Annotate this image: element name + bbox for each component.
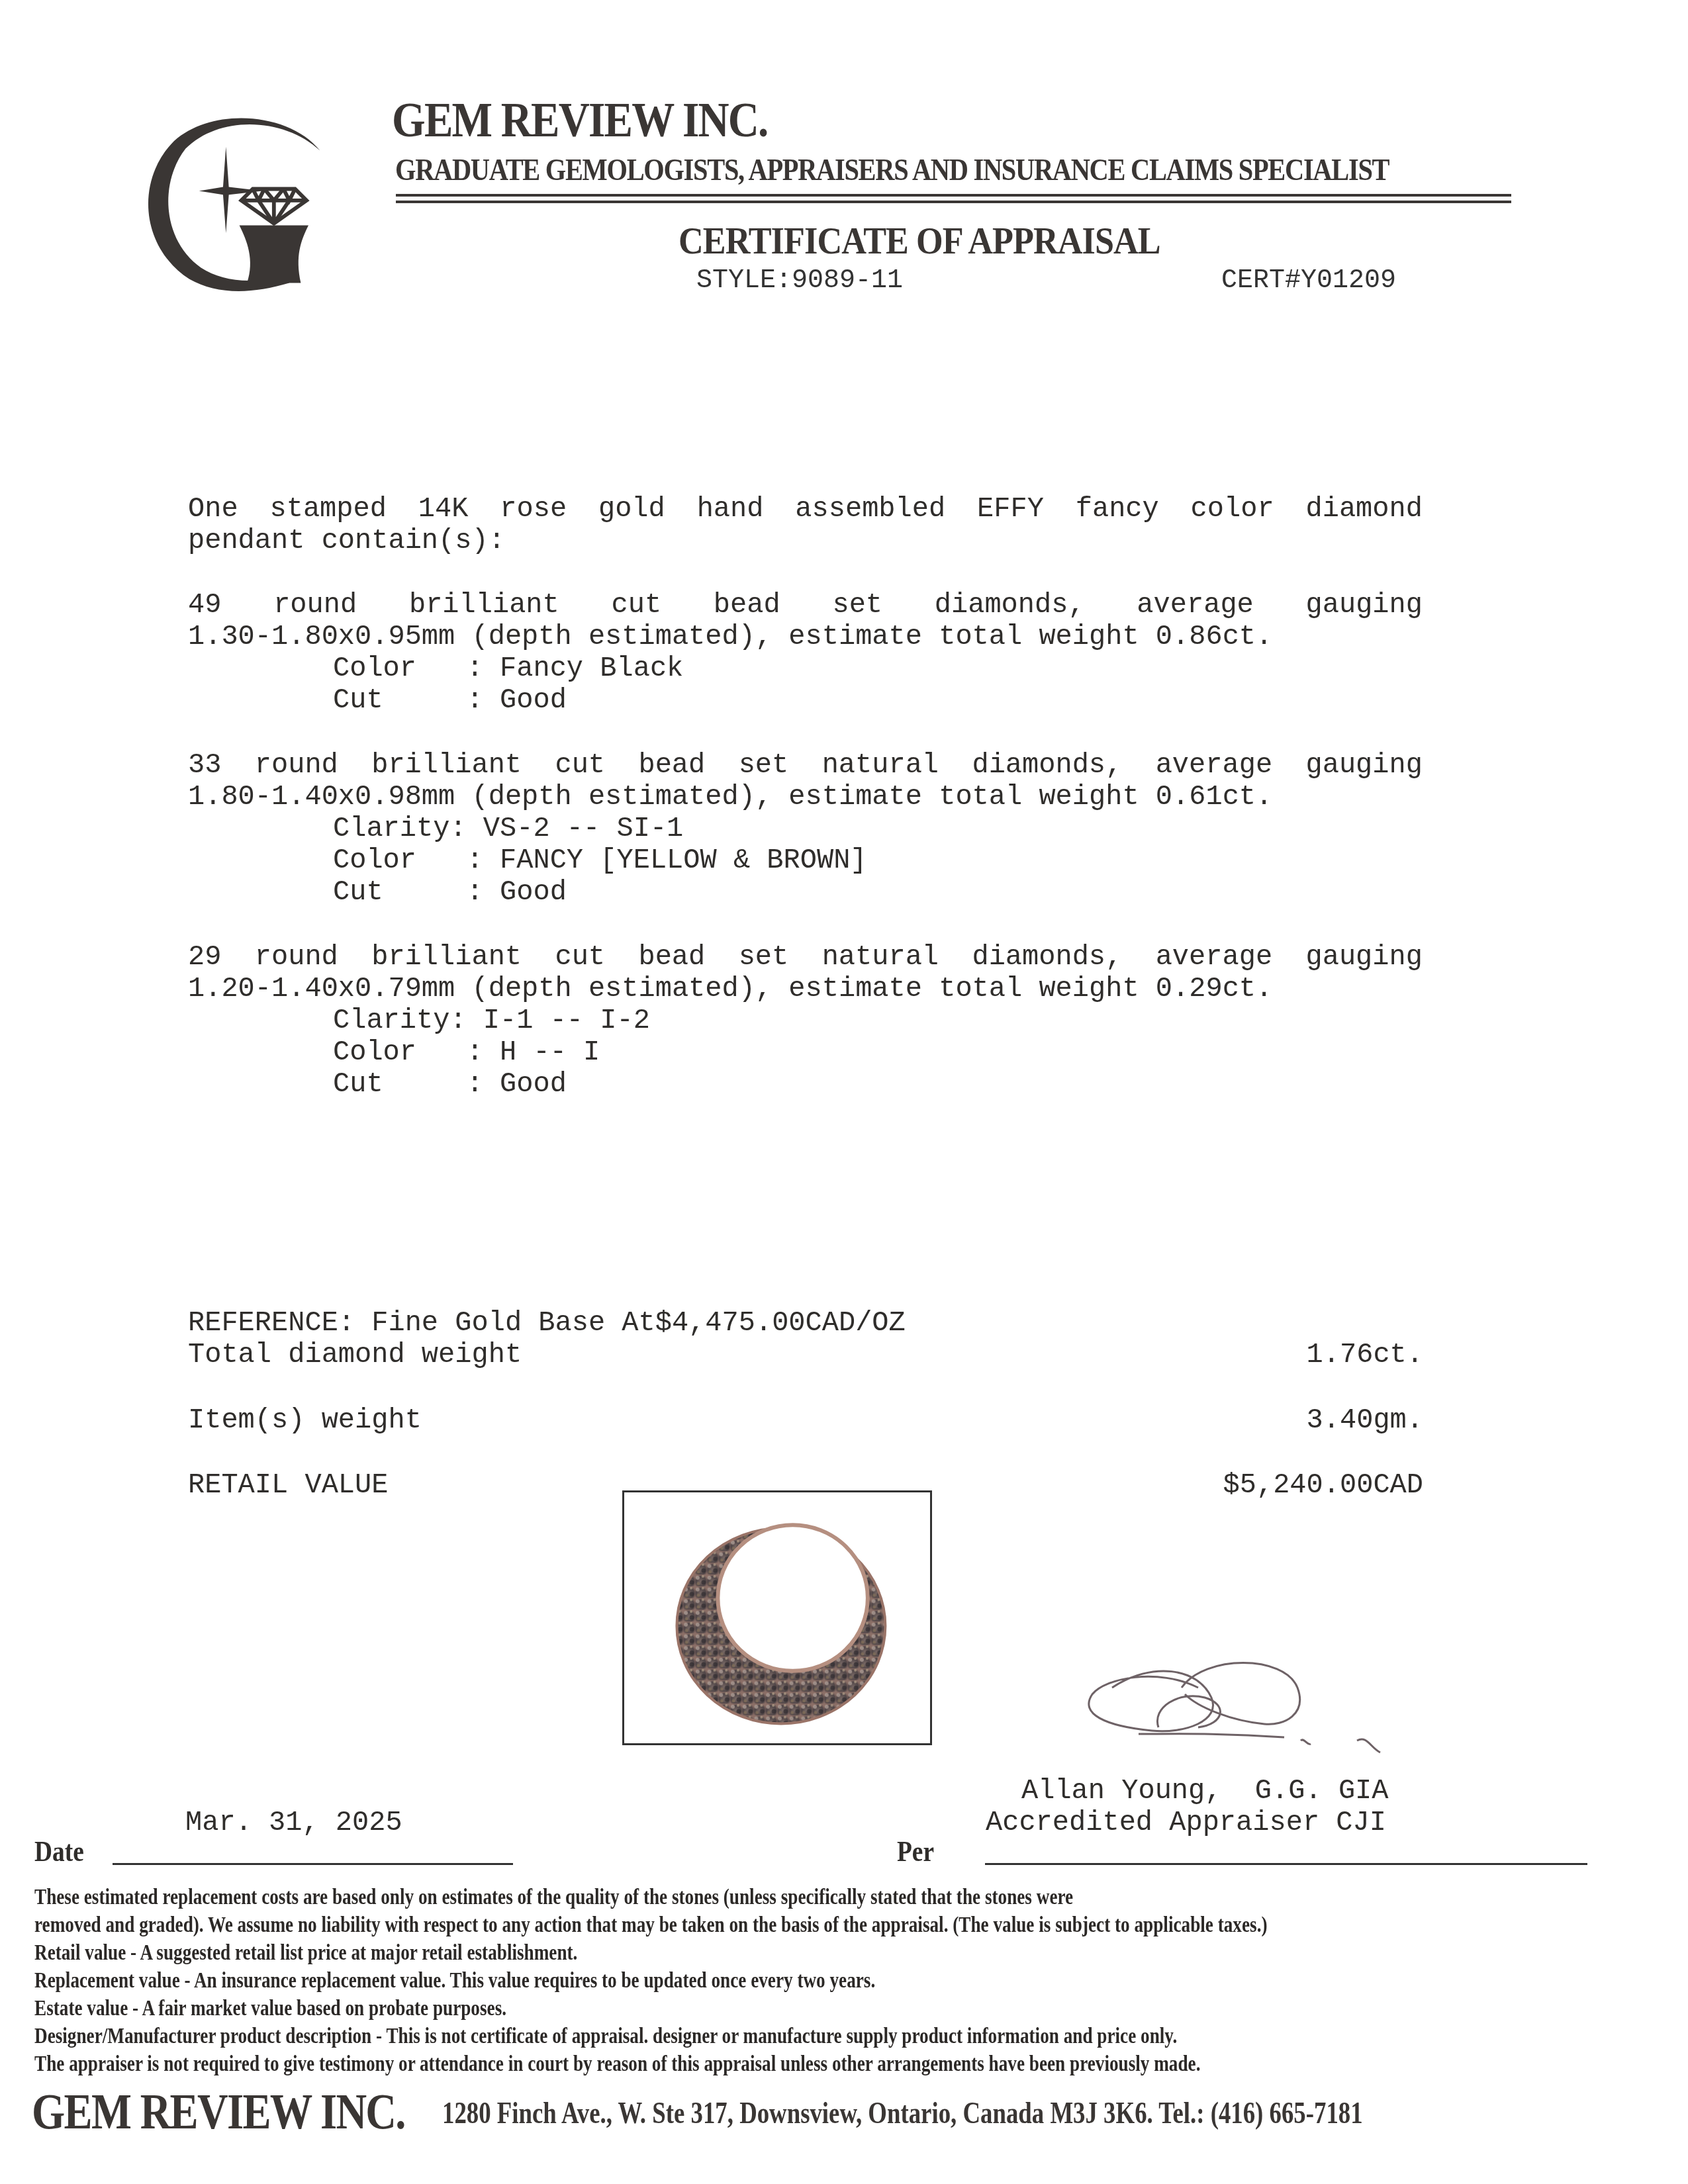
word: color xyxy=(1191,493,1274,525)
stone-group-gauging: 1.80-1.40x0.98mm (depth estimated), esti… xyxy=(188,781,1423,813)
per-label: Per xyxy=(897,1835,934,1868)
attribute-value: : VS-2 -- SI-1 xyxy=(449,813,683,844)
word: set xyxy=(739,941,789,973)
attribute-label: Cut xyxy=(333,684,467,716)
word: round xyxy=(255,941,338,973)
attribute-value: : Good xyxy=(449,876,566,908)
disclaimer-line: removed and graded). We assume no liabil… xyxy=(34,1911,1267,1939)
word: set xyxy=(832,589,882,621)
style-number: STYLE:9089-11 xyxy=(696,266,903,296)
attribute-value: : I-1 -- I-2 xyxy=(449,1005,649,1036)
date-label: Date xyxy=(34,1835,84,1868)
gem-logo-icon xyxy=(136,103,328,295)
description-line-2: pendant contain(s): xyxy=(188,525,1423,557)
retail-value-amount: $5,240.00CAD xyxy=(1223,1469,1423,1501)
word: gold xyxy=(598,493,665,525)
word: EFFY xyxy=(977,493,1044,525)
disclaimer-line: Replacement value - An insurance replace… xyxy=(34,1967,875,1995)
word: gauging xyxy=(1306,589,1423,621)
word: One xyxy=(188,493,238,525)
stone-attribute: Cut : Good xyxy=(333,876,1568,908)
stone-attribute: Color : Fancy Black xyxy=(333,653,1568,684)
stone-group-line: 49roundbrilliantcutbeadsetdiamonds,avera… xyxy=(188,589,1423,621)
gold-reference: REFERENCE: Fine Gold Base At$4,475.00CAD… xyxy=(188,1307,1423,1339)
attribute-value: : H -- I xyxy=(449,1036,600,1068)
attribute-label: Color xyxy=(333,844,449,876)
total-diamond-weight-value: 1.76ct. xyxy=(1307,1339,1423,1371)
word: average xyxy=(1137,589,1253,621)
stone-group-gauging: 1.30-1.80x0.95mm (depth estimated), esti… xyxy=(188,621,1423,653)
date-signature-line xyxy=(113,1863,513,1865)
attribute-label: Clarity xyxy=(333,813,449,844)
company-name: GEM REVIEW INC. xyxy=(392,93,768,149)
disclaimer-line: These estimated replacement costs are ba… xyxy=(34,1884,1073,1911)
word: diamonds, xyxy=(935,589,1085,621)
stone-attribute: Clarity: VS-2 -- SI-1 xyxy=(333,813,1568,844)
word: cut xyxy=(612,589,662,621)
word: 14K xyxy=(418,493,469,525)
disclaimer-line: Retail value - A suggested retail list p… xyxy=(34,1939,577,1967)
item-photo xyxy=(622,1490,932,1745)
item-weight-value: 3.40gm. xyxy=(1307,1404,1423,1436)
attribute-label: Clarity xyxy=(333,1005,449,1036)
word: cut xyxy=(555,941,605,973)
word: stamped xyxy=(269,493,386,525)
word: hand xyxy=(697,493,764,525)
per-signature-line xyxy=(985,1863,1587,1865)
stone-attribute: Color : H -- I xyxy=(333,1036,1568,1068)
certificate-number: CERT#Y01209 xyxy=(1221,266,1396,296)
word: natural xyxy=(822,941,939,973)
footer-address: 1280 Finch Ave., W. Ste 317, Downsview, … xyxy=(442,2095,1363,2130)
word: gauging xyxy=(1305,749,1422,781)
word: 29 xyxy=(188,941,221,973)
appraiser-signature xyxy=(1066,1648,1397,1767)
item-weight-label: Item(s) weight xyxy=(188,1404,1423,1436)
stone-attribute: Color : FANCY [YELLOW & BROWN] xyxy=(333,844,1568,876)
description-line-1: Onestamped14KrosegoldhandassembledEFFYfa… xyxy=(188,493,1423,525)
attribute-label: Color xyxy=(333,653,467,684)
stone-group-line: 33roundbrilliantcutbeadsetnaturaldiamond… xyxy=(188,749,1423,781)
company-tagline: GRADUATE GEMOLOGISTS, APPRAISERS AND INS… xyxy=(395,152,1389,188)
disclaimer-line: Designer/Manufacturer product descriptio… xyxy=(34,2023,1177,2050)
word: fancy xyxy=(1076,493,1159,525)
disclaimer-line: The appraiser is not required to give te… xyxy=(34,2050,1200,2078)
word: cut xyxy=(555,749,605,781)
attribute-value: : Good xyxy=(467,684,567,716)
header-divider xyxy=(396,194,1511,203)
attribute-value: : Good xyxy=(449,1068,566,1100)
attribute-value: : FANCY [YELLOW & BROWN] xyxy=(449,844,867,876)
attribute-value: : Fancy Black xyxy=(467,653,684,684)
word: round xyxy=(273,589,357,621)
word: average xyxy=(1156,941,1272,973)
footer-company-name: GEM REVIEW INC. xyxy=(32,2083,405,2141)
appraisal-date: Mar. 31, 2025 xyxy=(185,1807,402,1839)
stone-attribute: Cut : Good xyxy=(333,684,1568,716)
word: average xyxy=(1156,749,1272,781)
document-title: CERTIFICATE OF APPRAISAL xyxy=(679,218,1160,263)
attribute-label: Cut xyxy=(333,876,449,908)
stone-group-line: 29roundbrilliantcutbeadsetnaturaldiamond… xyxy=(188,941,1423,973)
word: round xyxy=(255,749,338,781)
attribute-label: Cut xyxy=(333,1068,449,1100)
signer-title: Accredited Appraiser CJI xyxy=(986,1807,1386,1839)
stone-attribute: Clarity: I-1 -- I-2 xyxy=(333,1005,1568,1036)
word: 49 xyxy=(188,589,221,621)
word: diamonds, xyxy=(972,749,1122,781)
word: assembled xyxy=(795,493,945,525)
signer-name: Allan Young, G.G. GIA xyxy=(1021,1775,1389,1807)
word: diamonds, xyxy=(972,941,1122,973)
word: brilliant xyxy=(409,589,559,621)
word: brilliant xyxy=(371,749,522,781)
word: rose xyxy=(500,493,567,525)
stone-attribute: Cut : Good xyxy=(333,1068,1568,1100)
word: bead xyxy=(714,589,780,621)
word: gauging xyxy=(1305,941,1422,973)
word: set xyxy=(739,749,789,781)
pendant-image xyxy=(624,1492,930,1743)
stone-group-gauging: 1.20-1.40x0.79mm (depth estimated), esti… xyxy=(188,973,1423,1005)
word: 33 xyxy=(188,749,221,781)
total-diamond-weight-label: Total diamond weight xyxy=(188,1339,1423,1371)
word: brilliant xyxy=(371,941,522,973)
word: bead xyxy=(638,749,705,781)
disclaimer-line: Estate value - A fair market value based… xyxy=(34,1995,506,2023)
word: diamond xyxy=(1306,493,1423,525)
attribute-label: Color xyxy=(333,1036,449,1068)
word: natural xyxy=(822,749,939,781)
word: bead xyxy=(638,941,705,973)
